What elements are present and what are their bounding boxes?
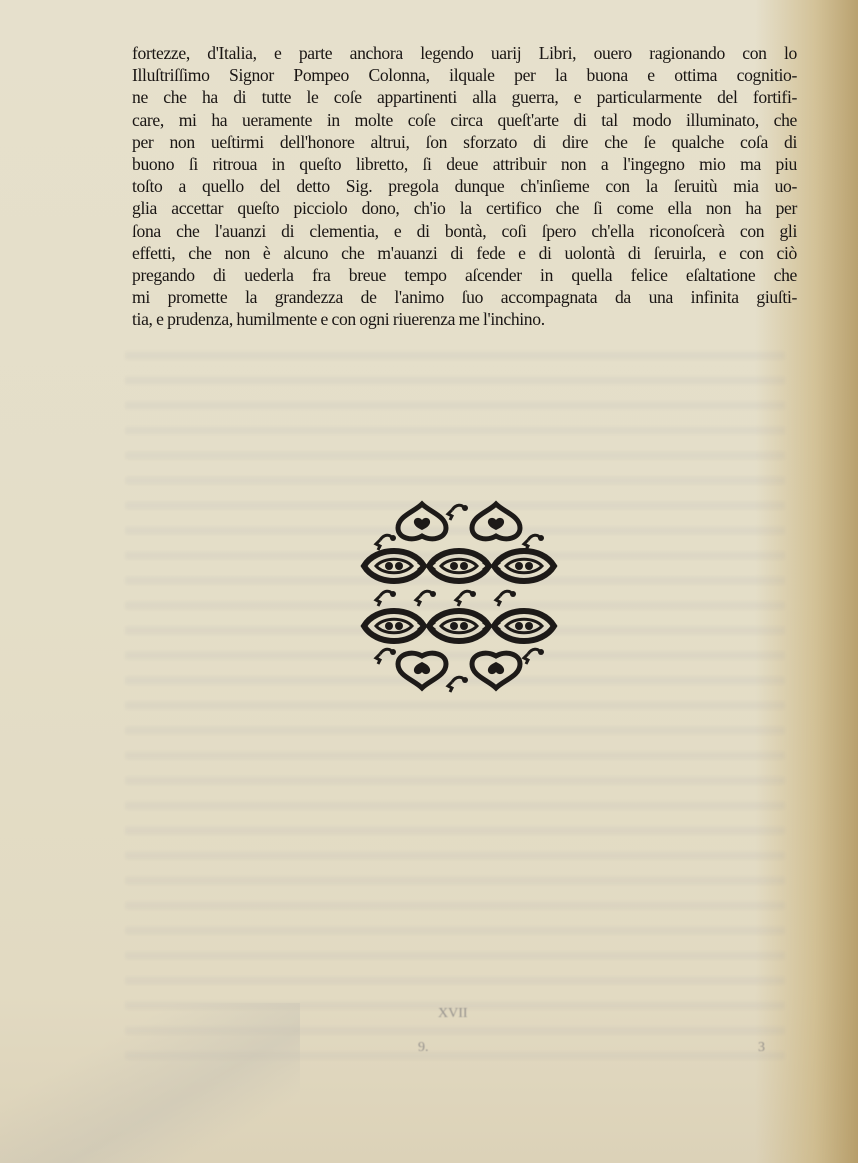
text-line: tia, e prudenza, humilmente e con ogni r…: [132, 308, 797, 330]
dedication-text: fortezze, d'Italia, e parte anchora lege…: [132, 42, 797, 331]
text-line: fortezze, d'Italia, e parte anchora lege…: [132, 42, 797, 64]
text-line: buono ſi ritroua in queſto libretto, ſi …: [132, 153, 797, 175]
text-line: Illuſtriſſimo Signor Pompeo Colonna, ilq…: [132, 64, 797, 86]
text-line: effetti, che non è alcuno che m'auanzi d…: [132, 242, 797, 264]
text-line: toſto a quello del detto Sig. pregola du…: [132, 175, 797, 197]
text-line: glia accettar queſto picciolo dono, ch'i…: [132, 197, 797, 219]
page-fold-shadow: [0, 1003, 300, 1163]
arabesque-ornament-icon: [360, 498, 558, 694]
bleed-through-texture: [125, 335, 785, 1065]
bleed-through-mark: 9.: [418, 1040, 429, 1056]
text-line: ne che ha di tutte le coſe appartinenti …: [132, 86, 797, 108]
book-page: XVII 9. 3 fortezze, d'Italia, e parte an…: [0, 0, 858, 1163]
text-line: mi promette la grandezza de l'animo ſuo …: [132, 286, 797, 308]
text-line: pregando di uederla fra breue tempo aſce…: [132, 264, 797, 286]
bleed-through-mark: 3: [758, 1040, 765, 1056]
text-line: ſona che l'auanzi di clementia, e di bon…: [132, 220, 797, 242]
text-line: per non ueſtirmi dell'honore altrui, ſon…: [132, 131, 797, 153]
bleed-through-mark: XVII: [438, 1006, 468, 1022]
text-line: care, mi ha ueramente in molte coſe circ…: [132, 109, 797, 131]
